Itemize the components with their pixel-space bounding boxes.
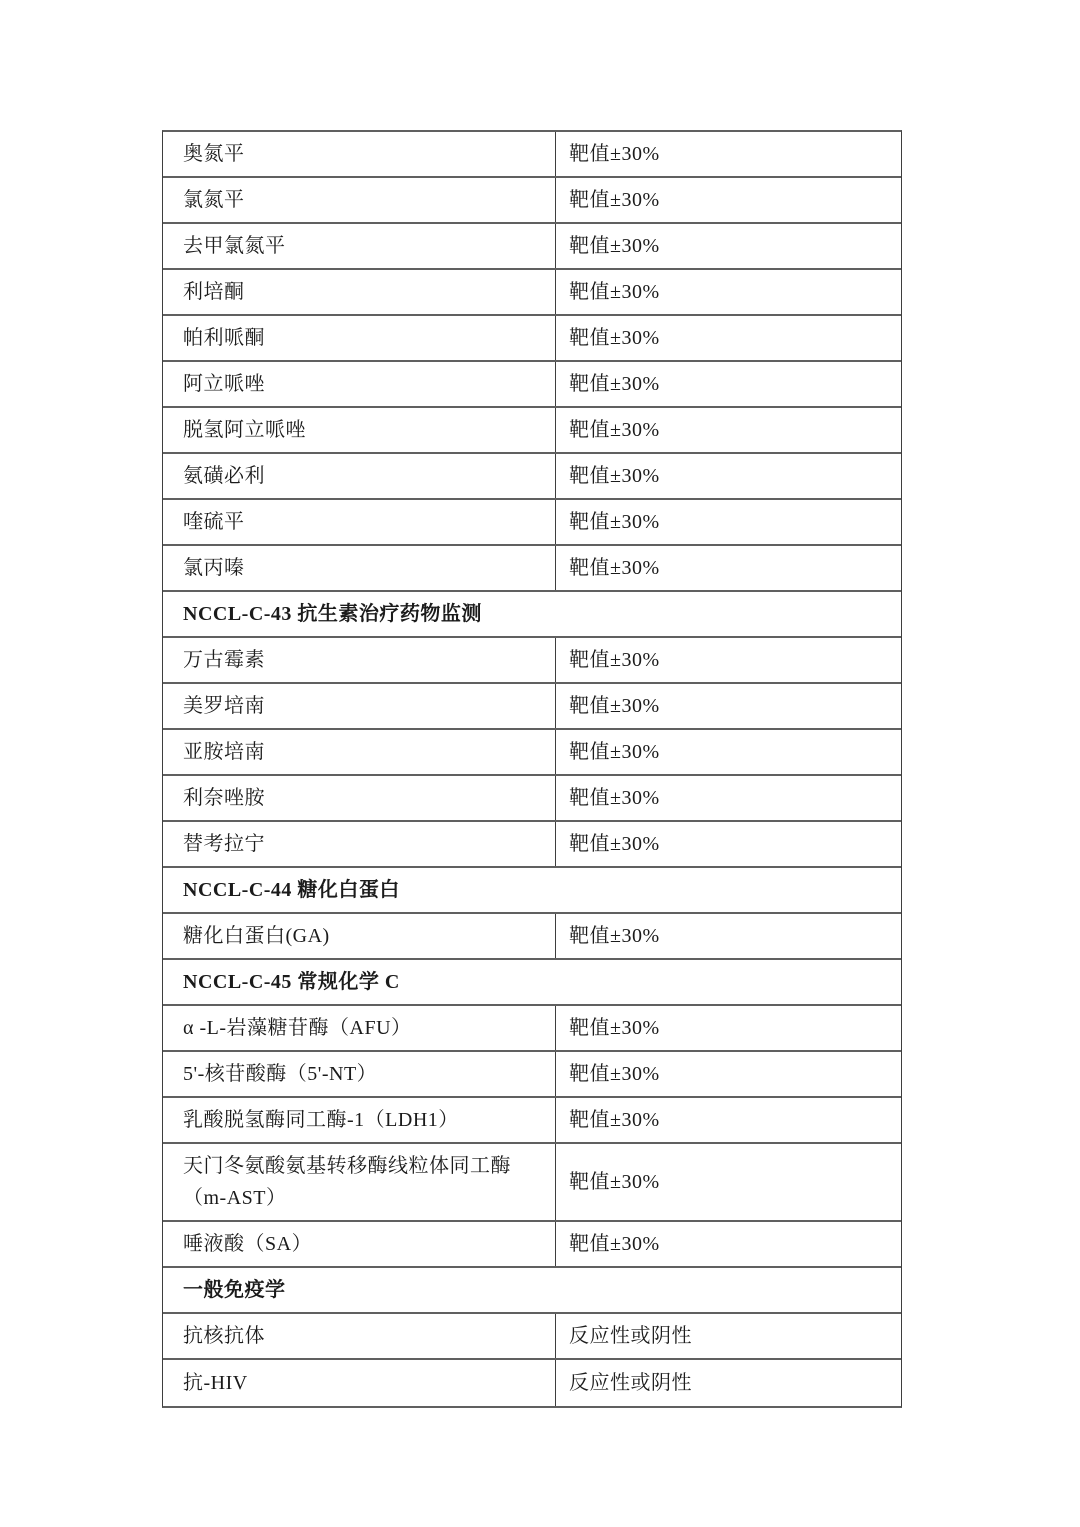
item-value: 靶值±30% [556,730,901,774]
item-value: 靶值±30% [556,1052,901,1096]
table-row: 脱氢阿立哌唑 靶值±30% [163,408,901,454]
item-value: 靶值±30% [556,454,901,498]
item-value: 靶值±30% [556,1144,901,1220]
item-name: 奥氮平 [163,132,556,176]
table-row: 5'-核苷酸酶（5'-NT） 靶值±30% [163,1052,901,1098]
section-title: NCCL-C-45 常规化学 C [163,960,901,1004]
section-title: NCCL-C-44 糖化白蛋白 [163,868,901,912]
item-name: 去甲氯氮平 [163,224,556,268]
table-row: 氯丙嗪 靶值±30% [163,546,901,592]
item-name: 亚胺培南 [163,730,556,774]
item-value: 靶值±30% [556,224,901,268]
item-name: 唾液酸（SA） [163,1222,556,1266]
table-row: 亚胺培南 靶值±30% [163,730,901,776]
item-value: 靶值±30% [556,362,901,406]
table-row: 抗-HIV 反应性或阴性 [163,1360,901,1406]
criteria-table: 奥氮平 靶值±30% 氯氮平 靶值±30% 去甲氯氮平 靶值±30% 利培酮 靶… [162,130,902,1408]
section-header-row: NCCL-C-45 常规化学 C [163,960,901,1006]
item-value: 靶值±30% [556,408,901,452]
table-row: 氯氮平 靶值±30% [163,178,901,224]
table-row: 抗核抗体 反应性或阴性 [163,1314,901,1360]
table-row: 糖化白蛋白(GA) 靶值±30% [163,914,901,960]
item-name: 美罗培南 [163,684,556,728]
item-value: 靶值±30% [556,822,901,866]
item-value: 靶值±30% [556,500,901,544]
item-name: 氯丙嗪 [163,546,556,590]
table-row: 利培酮 靶值±30% [163,270,901,316]
item-name: 替考拉宁 [163,822,556,866]
item-name: 抗核抗体 [163,1314,556,1358]
item-name: α -L-岩藻糖苷酶（AFU） [163,1006,556,1050]
section-title: 一般免疫学 [163,1268,901,1312]
table-row: 阿立哌唑 靶值±30% [163,362,901,408]
table-row: 天门冬氨酸氨基转移酶线粒体同工酶（m-AST） 靶值±30% [163,1144,901,1222]
item-value: 靶值±30% [556,1006,901,1050]
item-name: 乳酸脱氢酶同工酶-1（LDH1） [163,1098,556,1142]
item-value: 靶值±30% [556,776,901,820]
item-name: 氯氮平 [163,178,556,222]
item-value: 靶值±30% [556,178,901,222]
item-name: 5'-核苷酸酶（5'-NT） [163,1052,556,1096]
table-row: 乳酸脱氢酶同工酶-1（LDH1） 靶值±30% [163,1098,901,1144]
item-name: 氨磺必利 [163,454,556,498]
table-row: 氨磺必利 靶值±30% [163,454,901,500]
table-row: 唾液酸（SA） 靶值±30% [163,1222,901,1268]
section-title: NCCL-C-43 抗生素治疗药物监测 [163,592,901,636]
item-name: 阿立哌唑 [163,362,556,406]
table-row: 去甲氯氮平 靶值±30% [163,224,901,270]
item-name: 帕利哌酮 [163,316,556,360]
item-value: 反应性或阴性 [556,1360,901,1406]
item-value: 靶值±30% [556,914,901,958]
document-page: 奥氮平 靶值±30% 氯氮平 靶值±30% 去甲氯氮平 靶值±30% 利培酮 靶… [0,0,1080,1527]
item-value: 靶值±30% [556,1098,901,1142]
table-row: 美罗培南 靶值±30% [163,684,901,730]
item-name: 喹硫平 [163,500,556,544]
table-row: 奥氮平 靶值±30% [163,132,901,178]
item-name: 天门冬氨酸氨基转移酶线粒体同工酶（m-AST） [163,1144,556,1220]
item-value: 靶值±30% [556,638,901,682]
item-value: 靶值±30% [556,270,901,314]
item-value: 靶值±30% [556,316,901,360]
item-name: 抗-HIV [163,1360,556,1406]
item-name: 糖化白蛋白(GA) [163,914,556,958]
section-header-row: NCCL-C-44 糖化白蛋白 [163,868,901,914]
section-header-row: 一般免疫学 [163,1268,901,1314]
table-row: 喹硫平 靶值±30% [163,500,901,546]
table-row: 帕利哌酮 靶值±30% [163,316,901,362]
item-value: 靶值±30% [556,546,901,590]
item-value: 靶值±30% [556,132,901,176]
item-name: 利培酮 [163,270,556,314]
item-name: 利奈唑胺 [163,776,556,820]
item-value: 反应性或阴性 [556,1314,901,1358]
table-row: 利奈唑胺 靶值±30% [163,776,901,822]
table-row: α -L-岩藻糖苷酶（AFU） 靶值±30% [163,1006,901,1052]
item-name: 脱氢阿立哌唑 [163,408,556,452]
item-value: 靶值±30% [556,1222,901,1266]
table-row: 万古霉素 靶值±30% [163,638,901,684]
item-name: 万古霉素 [163,638,556,682]
item-value: 靶值±30% [556,684,901,728]
table-row: 替考拉宁 靶值±30% [163,822,901,868]
section-header-row: NCCL-C-43 抗生素治疗药物监测 [163,592,901,638]
